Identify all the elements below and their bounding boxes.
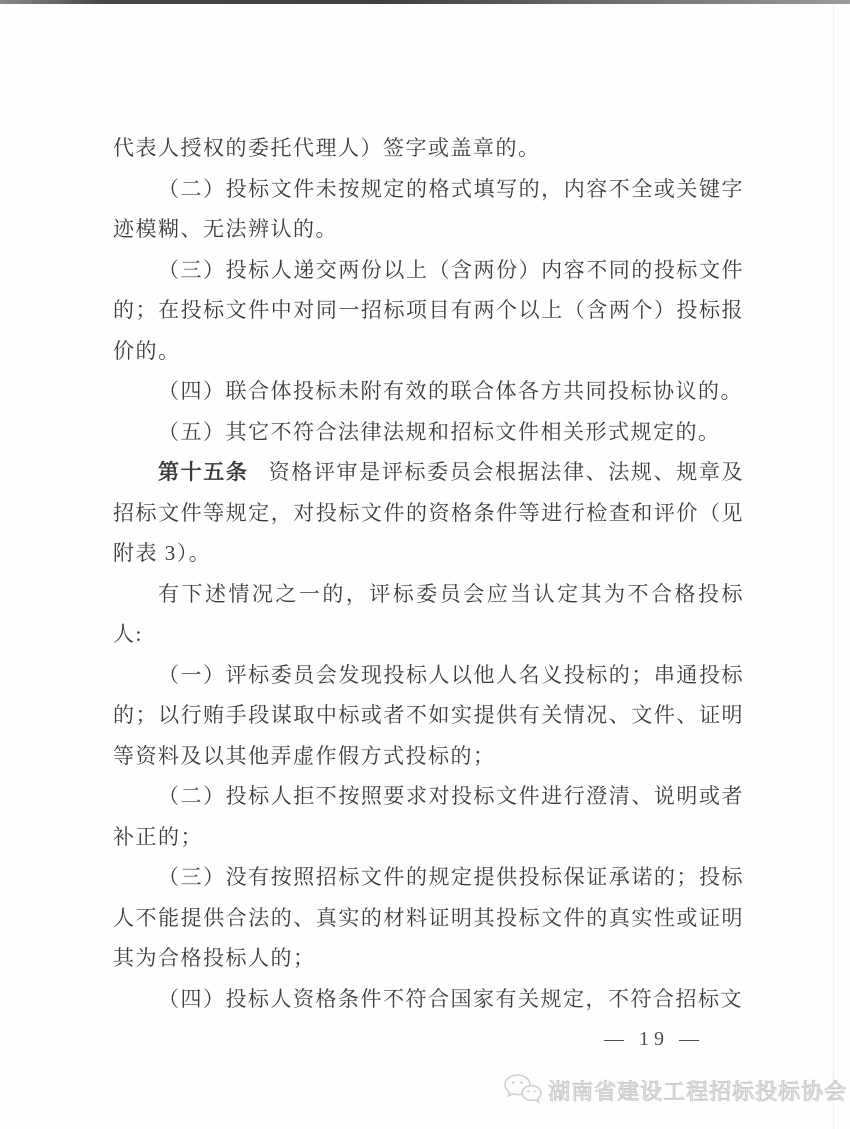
paragraph: （一）评标委员会发现投标人以他人名义投标的；串通投标的；以行贿手段谋取中标或者不… xyxy=(113,655,744,777)
wechat-logo-icon xyxy=(503,1072,543,1108)
scan-edge-right xyxy=(833,4,834,1129)
paragraph: （二）投标人拒不按照要求对投标文件进行澄清、说明或者补正的； xyxy=(113,776,744,857)
paragraph: （四）投标人资格条件不符合国家有关规定，不符合招标文 xyxy=(113,979,744,1020)
paragraph: 有下述情况之一的，评标委员会应当认定其为不合格投标人: xyxy=(113,574,744,655)
paragraph: （五）其它不符合法律法规和招标文件相关形式规定的。 xyxy=(113,412,744,453)
page-number: — 19 — xyxy=(604,1028,704,1051)
scan-edge-top xyxy=(0,0,850,4)
paragraph: 第十五条资格评审是评标委员会根据法律、法规、规章及招标文件等规定，对投标文件的资… xyxy=(113,452,744,574)
footer-watermark: 湖南省建设工程招标投标协会 xyxy=(503,1072,847,1108)
watermark-text: 湖南省建设工程招标投标协会 xyxy=(548,1075,847,1106)
paragraph: （三）没有按照招标文件的规定提供投标保证承诺的；投标人不能提供合法的、真实的材料… xyxy=(113,857,744,979)
document-page: 代表人授权的委托代理人）签字或盖章的。（二）投标文件未按规定的格式填写的，内容不… xyxy=(0,0,850,1129)
paragraph: （三）投标人递交两份以上（含两份）内容不同的投标文件的；在投标文件中对同一招标项… xyxy=(113,250,744,372)
document-body: 代表人授权的委托代理人）签字或盖章的。（二）投标文件未按规定的格式填写的，内容不… xyxy=(113,128,744,1019)
paragraph: （四）联合体投标未附有效的联合体各方共同投标协议的。 xyxy=(113,371,744,412)
paragraph: 代表人授权的委托代理人）签字或盖章的。 xyxy=(113,128,744,169)
paragraph: （二）投标文件未按规定的格式填写的，内容不全或关键字迹模糊、无法辨认的。 xyxy=(113,169,744,250)
clause-number: 第十五条 xyxy=(158,460,249,484)
